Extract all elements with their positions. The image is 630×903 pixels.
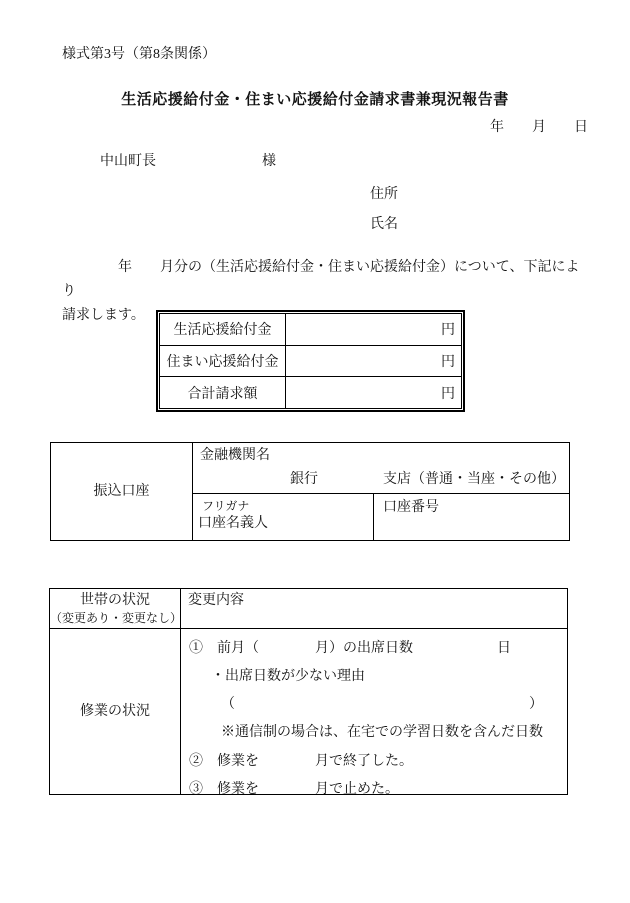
table-row: 合計請求額 円 [160,377,462,409]
bank-label: 銀行 [290,471,318,489]
branch-label: 支店（普通・当座・その他） [383,471,565,489]
date-line: 年 月 日 [490,119,588,137]
list-item: ③ 修業を 月で止めた。 [189,781,399,799]
training-status-label: 修業の状況 [80,703,150,721]
addressee-honorific: 様 [262,153,276,171]
transfer-account-cell: 振込口座 [51,443,193,540]
table-row: 住まい応援給付金 円 [160,345,462,377]
addressee-line: 中山町長様 [100,153,276,171]
furigana-label: フリガナ [193,494,373,514]
training-status-cell: 修業の状況 [50,629,181,794]
account-number-label: 口座番号 [374,494,569,517]
addressee-name: 中山町長 [100,154,156,169]
living-benefit-amount-cell: 円 [286,314,462,346]
document-page: 様式第3号（第8条関係） 生活応援給付金・住まい応援給付金請求書兼現況報告書 年… [0,0,630,903]
change-content-label: 変更内容 [188,592,244,610]
household-status-cell: 世帯の状況 （変更あり・変更なし） [50,589,181,629]
address-label: 住所 [370,186,398,204]
list-item: ① 前月（ 月）の出席日数 日 [189,640,511,658]
training-detail-cell: ① 前月（ 月）の出席日数 日 ・出席日数が少ない理由 （ ） ※通信制の場合は… [181,629,567,794]
financial-institution-cell: 金融機関名 銀行 支店（普通・当座・その他） [193,443,569,494]
request-line-1: 年 月分の（生活応援給付金・住まい応援給付金）について、下記により [62,256,590,304]
list-item: ・出席日数が少ない理由 [211,668,365,686]
total-claim-amount-cell: 円 [286,377,462,409]
account-number-cell: 口座番号 [374,494,569,540]
account-holder-label: 口座名義人 [193,514,373,533]
list-item: ※通信制の場合は、在宅での学習日数を含んだ日数 [221,724,543,742]
household-status-label: 世帯の状況 [80,592,150,610]
housing-benefit-amount-cell: 円 [286,345,462,377]
amount-claim-table: 生活応援給付金 円 住まい応援給付金 円 合計請求額 円 [156,310,465,412]
household-status-sublabel: （変更あり・変更なし） [50,610,180,626]
list-item: （ ） [221,696,543,714]
total-claim-label: 合計請求額 [160,377,286,409]
account-holder-cell: フリガナ 口座名義人 [193,494,374,540]
living-benefit-label: 生活応援給付金 [160,314,286,346]
page-title: 生活応援給付金・住まい応援給付金請求書兼現況報告書 [0,88,630,109]
list-item: ② 修業を 月で終了した。 [189,753,413,771]
housing-benefit-label: 住まい応援給付金 [160,345,286,377]
financial-institution-label: 金融機関名 [200,447,270,465]
status-table: 世帯の状況 （変更あり・変更なし） 変更内容 修業の状況 ① 前月（ 月）の出席… [49,588,568,795]
change-content-cell: 変更内容 [181,589,567,629]
name-label: 氏名 [370,216,398,234]
form-number: 様式第3号（第8条関係） [62,46,216,64]
table-row: 生活応援給付金 円 [160,314,462,346]
transfer-account-label: 振込口座 [94,483,150,501]
bank-account-table: 振込口座 金融機関名 銀行 支店（普通・当座・その他） フリガナ 口座名義人 口… [50,442,570,541]
